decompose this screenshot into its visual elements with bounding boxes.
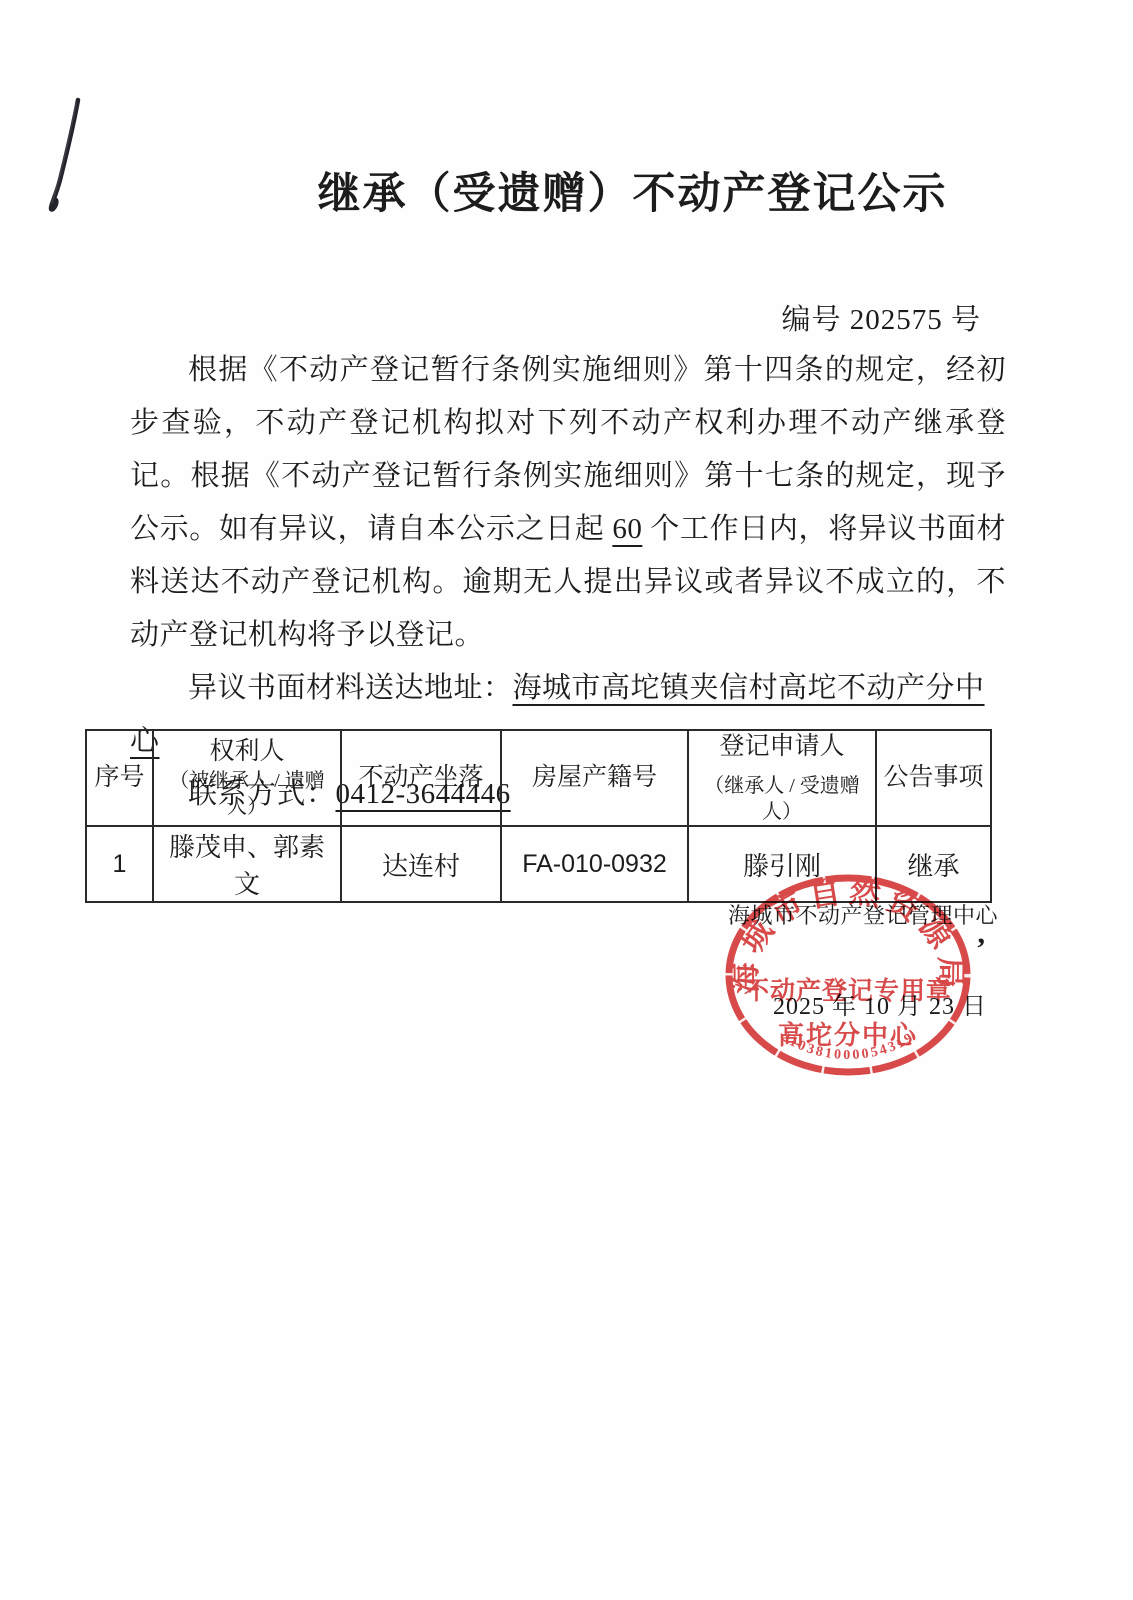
address-label: 异议书面材料送达地址： xyxy=(188,672,513,704)
objection-days: 60 xyxy=(612,513,642,545)
header-holder: 权利人 （被继承人 / 遗赠人） xyxy=(153,730,341,826)
official-seal-stamp: 海城市自然资源局 不动产登记专用章 高坨分中心 210381000054319 xyxy=(723,869,973,1081)
document-page: 继承（受遗赠）不动产登记公示 编号 202575 号 根据《不动产登记暂行条例实… xyxy=(0,0,1133,1600)
header-applicant: 登记申请人 （继承人 / 受遗赠人） xyxy=(688,730,876,826)
cell-seq: 1 xyxy=(86,826,153,902)
seal-ring-text: 海城市自然资源局 xyxy=(728,873,968,993)
header-location: 不动产坐落 xyxy=(341,730,501,826)
cell-house-code: FA-010-0932 xyxy=(501,826,688,902)
cell-location: 达连村 xyxy=(341,826,501,902)
table-header-row: 序号 权利人 （被继承人 / 遗赠人） 不动产坐落 房屋产籍号 登记申请人 （继… xyxy=(86,730,991,826)
cell-holder: 滕茂申、郭素文 xyxy=(153,826,341,902)
main-paragraph: 根据《不动产登记暂行条例实施细则》第十四条的规定，经初步查验，不动产登记机构拟对… xyxy=(130,344,1006,662)
page-title: 继承（受遗赠）不动产登记公示 xyxy=(66,160,1133,221)
header-house-code: 房屋产籍号 xyxy=(501,730,688,826)
header-seq: 序号 xyxy=(86,730,153,826)
header-matter: 公告事项 xyxy=(876,730,991,826)
ink-tick-mark: ’ xyxy=(976,932,986,966)
doc-number: 编号 202575 号 xyxy=(781,297,981,338)
seal-purpose-text: 不动产登记专用章 xyxy=(744,976,952,1005)
